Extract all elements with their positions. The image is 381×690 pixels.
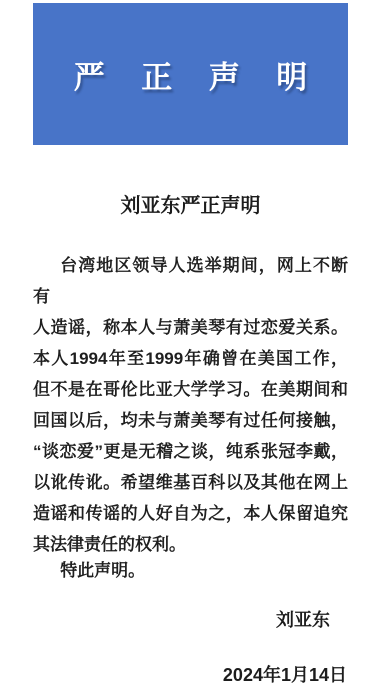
body-line: 台湾地区领导人选举期间，网上不断有 [33,250,348,312]
body-line: 以讹传讹。希望维基百科以及其他在网上 [33,467,348,498]
body-line: 造谣和传谣的人好自为之，本人保留追究 [33,498,348,529]
statement-title: 刘亚东严正声明 [0,195,381,217]
body-line: 但不是在哥伦比亚大学学习。在美期间和 [33,374,348,405]
body-line: 回国以后，均未与萧美琴有过任何接触， [33,405,348,436]
body-line: “谈恋爱”更是无稽之谈，纯系张冠李戴， [33,436,348,467]
banner: 严 正 声 明 [33,3,348,145]
body-line: 人造谣，称本人与萧美琴有过恋爱关系。 [33,312,348,343]
body-line: 本人1994年至1999年确曾在美国工作， [33,343,348,374]
signature: 刘亚东 [276,606,330,632]
statement-date: 2024年1月14日 [223,661,347,687]
closing-line: 特此声明。 [33,555,348,586]
banner-title: 严 正 声 明 [74,52,322,97]
statement-body: 台湾地区领导人选举期间，网上不断有 人造谣，称本人与萧美琴有过恋爱关系。 本人1… [33,250,348,560]
statement-document: 严 正 声 明 刘亚东严正声明 台湾地区领导人选举期间，网上不断有 人造谣，称本… [0,0,381,690]
